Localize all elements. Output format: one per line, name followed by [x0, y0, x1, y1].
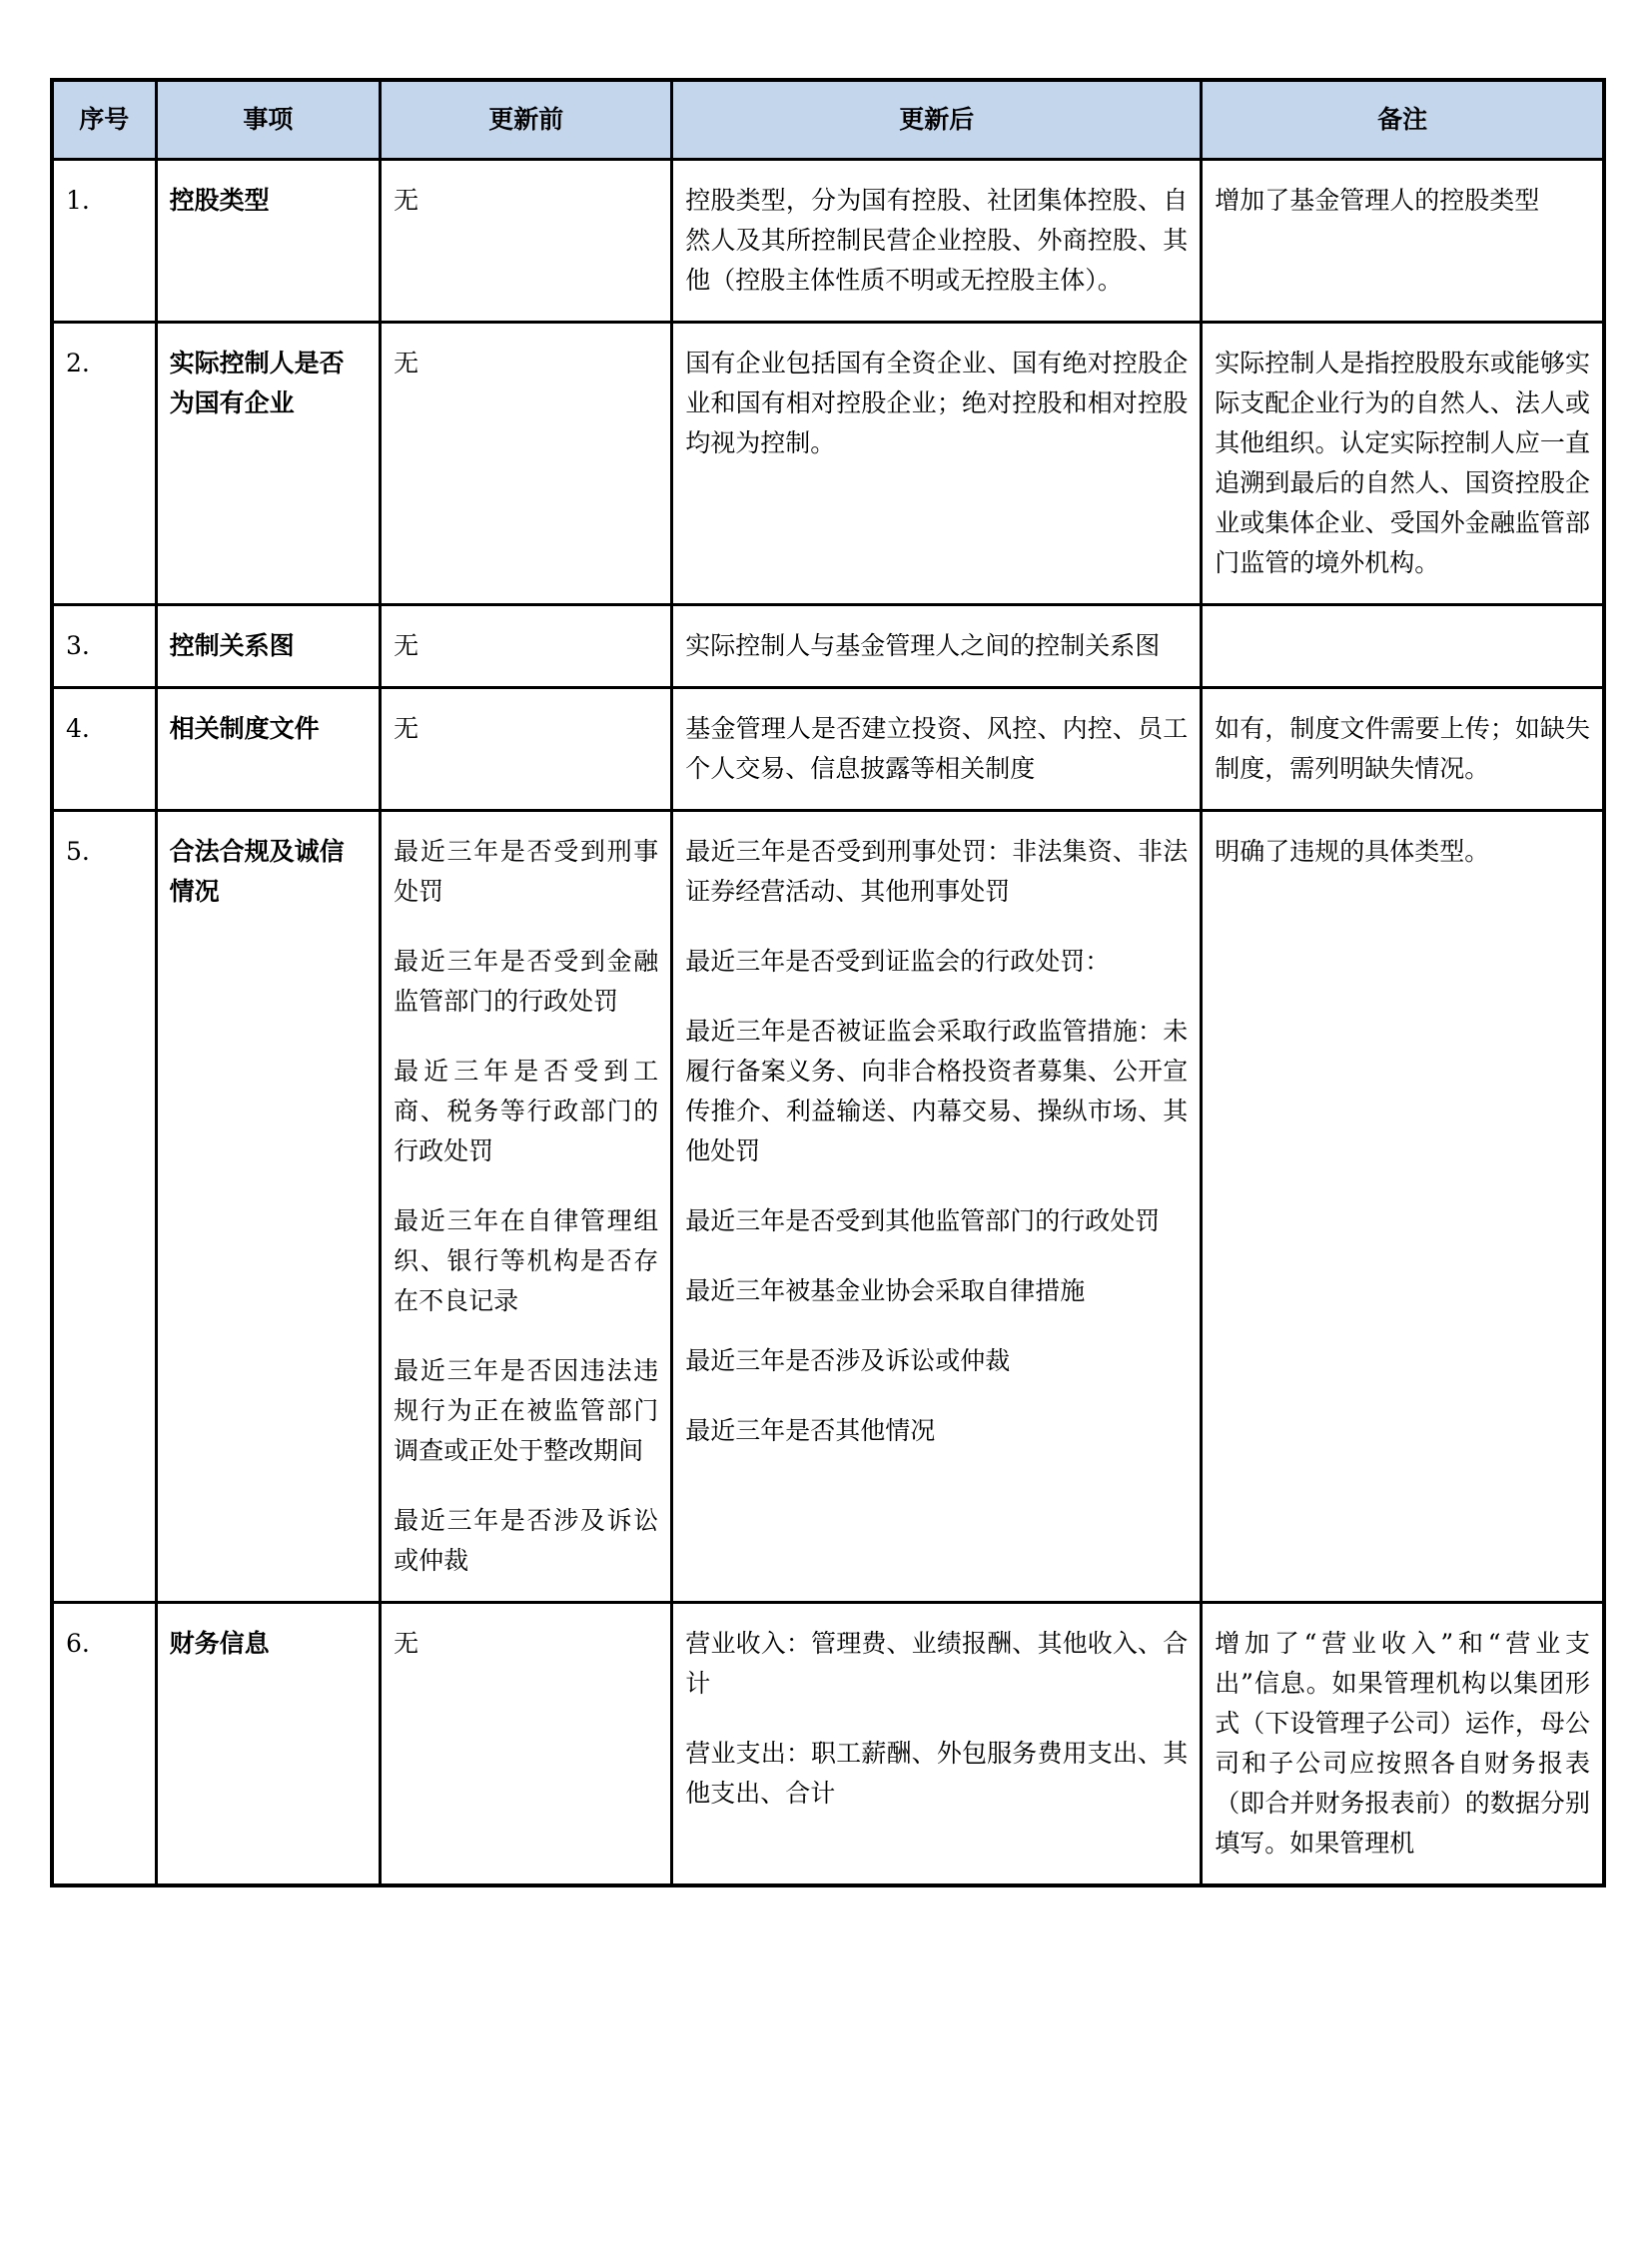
item-cell: 财务信息 — [156, 1603, 381, 1886]
after-update-cell: 最近三年是否受到刑事处罚：非法集资、非法证券经营活动、其他刑事处罚最近三年是否受… — [672, 811, 1202, 1603]
remarks-cell: 如有，制度文件需要上传；如缺失制度，需列明缺失情况。 — [1202, 688, 1604, 811]
row-number: 4. — [52, 688, 156, 811]
header-remarks: 备注 — [1202, 80, 1604, 160]
before-update-cell: 无 — [381, 160, 672, 323]
table-row: 6. 财务信息 无 营业收入：管理费、业绩报酬、其他收入、合计营业支出：职工薪酬… — [52, 1603, 1604, 1886]
item-cell: 控制关系图 — [156, 605, 381, 688]
table-row: 1. 控股类型 无 控股类型，分为国有控股、社团集体控股、自然人及其所控制民营企… — [52, 160, 1604, 323]
row-number: 3. — [52, 605, 156, 688]
table-row: 2. 实际控制人是否为国有企业 无 国有企业包括国有全资企业、国有绝对控股企业和… — [52, 323, 1604, 605]
before-update-cell: 无 — [381, 1603, 672, 1886]
row-number: 5. — [52, 811, 156, 1603]
before-update-cell: 最近三年是否受到刑事处罚最近三年是否受到金融监管部门的行政处罚最近三年是否受到工… — [381, 811, 672, 1603]
table-row: 3. 控制关系图 无 实际控制人与基金管理人之间的控制关系图 — [52, 605, 1604, 688]
remarks-cell: 增加了基金管理人的控股类型 — [1202, 160, 1604, 323]
header-seq-no: 序号 — [52, 80, 156, 160]
row-number: 1. — [52, 160, 156, 323]
update-comparison-table: 序号 事项 更新前 更新后 备注 1. 控股类型 无 控股类型，分为国有控股、社… — [50, 78, 1606, 1887]
item-cell: 相关制度文件 — [156, 688, 381, 811]
remarks-cell: 增加了“营业收入”和“营业支出”信息。如果管理机构以集团形式（下设管理子公司）运… — [1202, 1603, 1604, 1886]
table-header-row: 序号 事项 更新前 更新后 备注 — [52, 80, 1604, 160]
after-update-cell: 实际控制人与基金管理人之间的控制关系图 — [672, 605, 1202, 688]
table-row: 4. 相关制度文件 无 基金管理人是否建立投资、风控、内控、员工个人交易、信息披… — [52, 688, 1604, 811]
header-after-update: 更新后 — [672, 80, 1202, 160]
item-cell: 实际控制人是否为国有企业 — [156, 323, 381, 605]
document-page: 序号 事项 更新前 更新后 备注 1. 控股类型 无 控股类型，分为国有控股、社… — [0, 0, 1652, 2251]
remarks-cell: 实际控制人是指控股股东或能够实际支配企业行为的自然人、法人或其他组织。认定实际控… — [1202, 323, 1604, 605]
before-update-cell: 无 — [381, 605, 672, 688]
after-update-cell: 营业收入：管理费、业绩报酬、其他收入、合计营业支出：职工薪酬、外包服务费用支出、… — [672, 1603, 1202, 1886]
after-update-cell: 基金管理人是否建立投资、风控、内控、员工个人交易、信息披露等相关制度 — [672, 688, 1202, 811]
table-row: 5. 合法合规及诚信情况 最近三年是否受到刑事处罚最近三年是否受到金融监管部门的… — [52, 811, 1604, 1603]
header-before-update: 更新前 — [381, 80, 672, 160]
item-cell: 合法合规及诚信情况 — [156, 811, 381, 1603]
row-number: 6. — [52, 1603, 156, 1886]
header-item: 事项 — [156, 80, 381, 160]
remarks-cell: 明确了违规的具体类型。 — [1202, 811, 1604, 1603]
item-cell: 控股类型 — [156, 160, 381, 323]
before-update-cell: 无 — [381, 688, 672, 811]
row-number: 2. — [52, 323, 156, 605]
after-update-cell: 国有企业包括国有全资企业、国有绝对控股企业和国有相对控股企业；绝对控股和相对控股… — [672, 323, 1202, 605]
remarks-cell — [1202, 605, 1604, 688]
before-update-cell: 无 — [381, 323, 672, 605]
after-update-cell: 控股类型，分为国有控股、社团集体控股、自然人及其所控制民营企业控股、外商控股、其… — [672, 160, 1202, 323]
